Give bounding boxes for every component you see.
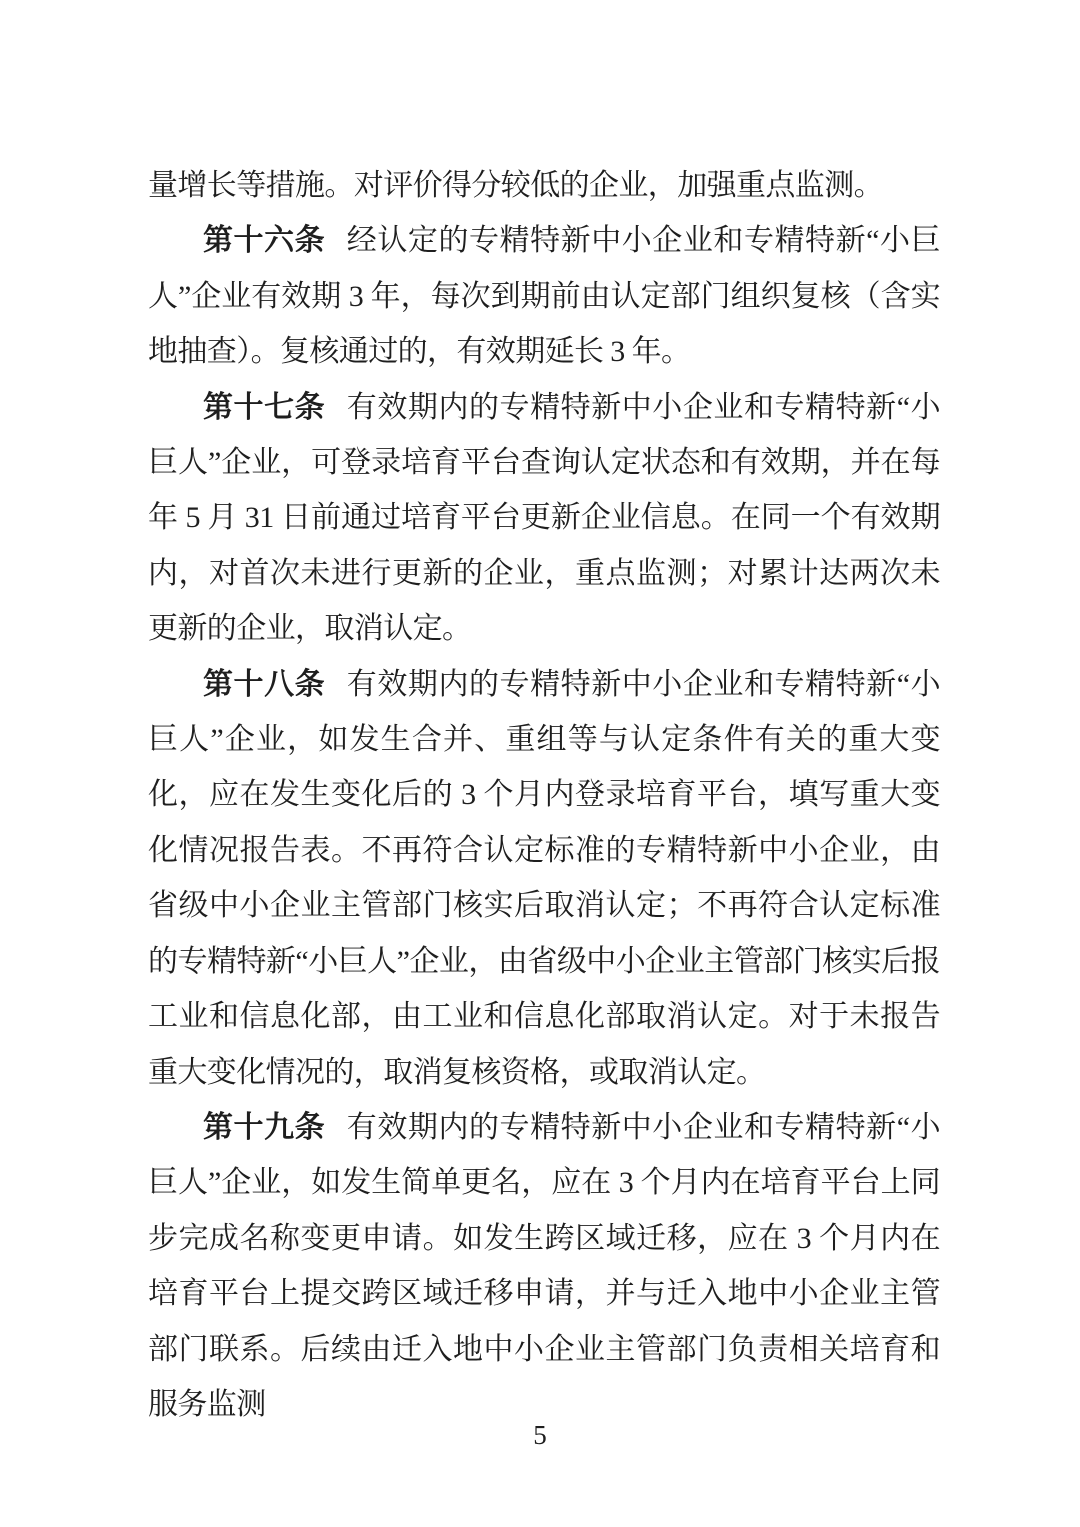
- paragraph-article-18: 第十八条有效期内的专精特新中小企业和专精特新“小巨人”企业，如发生合并、重组等与…: [148, 657, 940, 1100]
- paragraph-article-17: 第十七条有效期内的专精特新中小企业和专精特新“小巨人”企业，可登录培育平台查询认…: [148, 380, 940, 657]
- paragraph-text: 有效期内的专精特新中小企业和专精特新“小巨人”企业，可登录培育平台查询认定状态和…: [148, 391, 940, 646]
- paragraph-continuation: 量增长等措施。对评价得分较低的企业，加强重点监测。: [148, 158, 940, 213]
- page-footer: 5: [0, 1420, 1080, 1451]
- paragraph-article-19: 第十九条有效期内的专精特新中小企业和专精特新“小巨人”企业，如发生简单更名，应在…: [148, 1100, 940, 1432]
- document-page: 量增长等措施。对评价得分较低的企业，加强重点监测。 第十六条经认定的专精特新中小…: [0, 0, 1080, 1527]
- article-number-label: 第十七条: [203, 391, 325, 424]
- paragraph-text: 有效期内的专精特新中小企业和专精特新“小巨人”企业，如发生简单更名，应在 3 个…: [148, 1111, 940, 1421]
- paragraph-text: 量增长等措施。对评价得分较低的企业，加强重点监测。: [148, 169, 883, 202]
- article-number-label: 第十六条: [203, 224, 325, 257]
- paragraph-text: 有效期内的专精特新中小企业和专精特新“小巨人”企业，如发生合并、重组等与认定条件…: [148, 668, 940, 1089]
- article-number-label: 第十八条: [203, 668, 325, 701]
- article-number-label: 第十九条: [203, 1111, 325, 1144]
- paragraph-article-16: 第十六条经认定的专精特新中小企业和专精特新“小巨人”企业有效期 3 年，每次到期…: [148, 213, 940, 379]
- document-body: 量增长等措施。对评价得分较低的企业，加强重点监测。 第十六条经认定的专精特新中小…: [148, 158, 940, 1432]
- page-number: 5: [533, 1420, 547, 1450]
